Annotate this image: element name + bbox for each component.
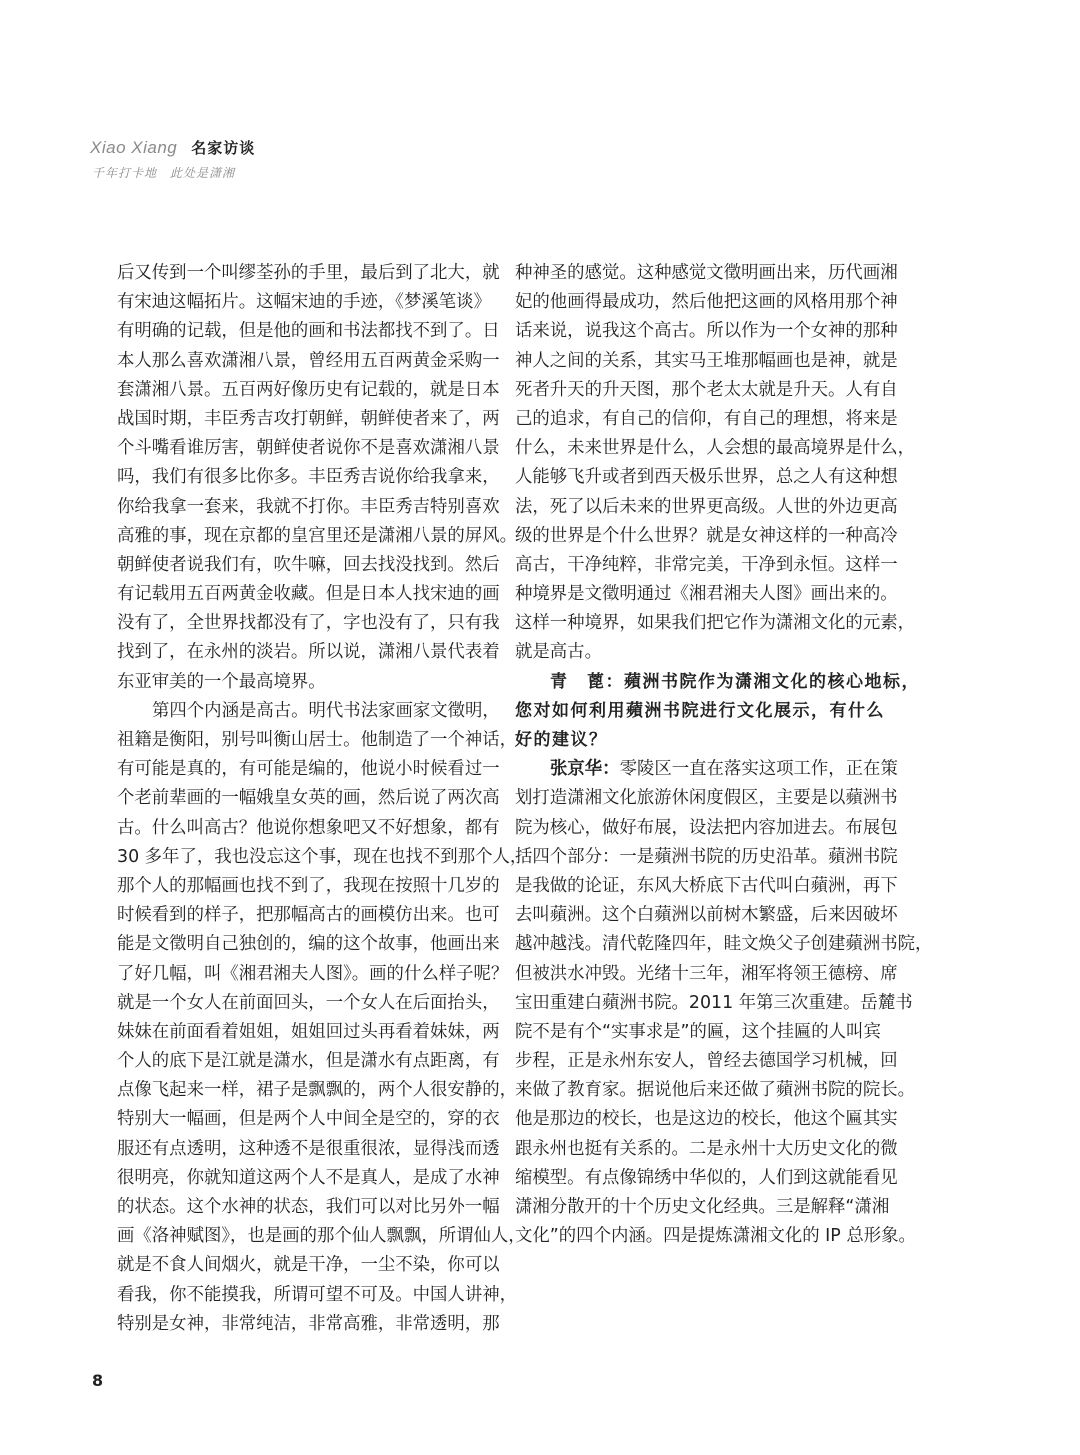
text-line: 没有了，全世界找都没有了，字也没有了，只有我 (117, 609, 493, 638)
interviewer-question: 青 蓖：蘋洲书院作为潇湘文化的核心地标， 您对如何利用蘋洲书院进行文化展示，有什… (515, 668, 915, 756)
running-header: Xiao Xiang 名家访谈 千年打卡地 此处是潇湘 (90, 137, 255, 181)
answer-line: 院为核心，做好布展，设法把内容加进去。布展包 (515, 814, 915, 843)
text-line: 就是不食人间烟火，就是干净，一尘不染，你可以 (117, 1251, 493, 1280)
interviewee-answer: 张京华：零陵区一直在落实这项工作，正在策 划打造潇湘文化旅游休闲度假区，主要是以… (515, 755, 915, 1251)
question-line: 好的建议？ (515, 726, 915, 755)
answer-text: 零陵区一直在落实这项工作，正在策 (620, 759, 898, 779)
text-line: 特别大一幅画，但是两个人中间全是空的，穿的衣 (117, 1105, 493, 1134)
text-line: 妃的他画得最成功，然后他把这画的风格用那个神 (515, 288, 915, 317)
text-line: 服还有点透明，这种透不是很重很浓，显得浅而透 (117, 1135, 493, 1164)
text-line: 后又传到一个叫缪荃孙的手里，最后到了北大，就 (117, 259, 493, 288)
text-line: 人能够飞升或者到西天极乐世界，总之人有这种想 (515, 463, 915, 492)
interviewer-name: 青 蓖： (550, 672, 624, 692)
text-line: 特别是女神，非常纯洁，非常高雅，非常透明，那 (117, 1310, 493, 1339)
text-line: 套潇湘八景。五百两好像历史有记载的，就是日本 (117, 376, 493, 405)
answer-line: 文化”的四个内涵。四是提炼潇湘文化的 IP 总形象。 (515, 1222, 915, 1251)
text-line: 有可能是真的，有可能是编的，他说小时候看过一 (117, 755, 493, 784)
answer-line: 是我做的论证，东风大桥底下古代叫白蘋洲，再下 (515, 872, 915, 901)
text-line: 点像飞起来一样，裙子是飘飘的，两个人很安静的， (117, 1076, 493, 1105)
text-line: 有记载用五百两黄金收藏。但是日本人找宋迪的画 (117, 580, 493, 609)
question-line: 青 蓖：蘋洲书院作为潇湘文化的核心地标， (515, 668, 915, 697)
text-line: 法，死了以后未来的世界更高级。人世的外边更高 (515, 493, 915, 522)
question-text: 蘋洲书院作为潇湘文化的核心地标， (624, 672, 920, 692)
text-line: 古。什么叫高古？他说你想象吧又不好想象，都有 (117, 814, 493, 843)
text-line: 东亚审美的一个最高境界。 (117, 668, 493, 697)
text-line: 妹妹在前面看着姐姐，姐姐回过头再看着妹妹，两 (117, 1018, 493, 1047)
text-line: 什么，未来世界是什么，人会想的最高境界是什么， (515, 434, 915, 463)
text-line: 祖籍是衡阳，别号叫衡山居士。他制造了一个神话， (117, 726, 493, 755)
text-line: 那个人的那幅画也找不到了，我现在按照十几岁的 (117, 872, 493, 901)
text-line: 就是高古。 (515, 638, 915, 667)
answer-line: 他是那边的校长，也是这边的校长，他这个匾其实 (515, 1105, 915, 1134)
text-line: 朝鲜使者说我们有，吹牛嘛，回去找没找到。然后 (117, 551, 493, 580)
section-title: 名家访谈 (191, 137, 255, 158)
answer-line: 越冲越浅。清代乾隆四年，眭文焕父子创建蘋洲书院， (515, 930, 915, 959)
text-line: 己的追求，有自己的信仰，有自己的理想，将来是 (515, 405, 915, 434)
text-line: 死者升天的升天图，那个老太太就是升天。人有自 (515, 376, 915, 405)
text-line: 神人之间的关系，其实马王堆那幅画也是神，就是 (515, 347, 915, 376)
answer-line: 张京华：零陵区一直在落实这项工作，正在策 (515, 755, 915, 784)
answer-line: 步程，正是永州东安人，曾经去德国学习机械，回 (515, 1047, 915, 1076)
text-line: 很明亮，你就知道这两个人不是真人，是成了水神 (117, 1164, 493, 1193)
text-line: 战国时期，丰臣秀吉攻打朝鲜，朝鲜使者来了，两 (117, 405, 493, 434)
text-line: 级的世界是个什么世界？就是女神这样的一种高冷 (515, 522, 915, 551)
text-line: 话来说，说我这个高古。所以作为一个女神的那种 (515, 317, 915, 346)
text-line: 高古，干净纯粹，非常完美，干净到永恒。这样一 (515, 551, 915, 580)
right-column: 种神圣的感觉。这种感觉文徵明画出来，历代画湘妃的他画得最成功，然后他把这画的风格… (515, 259, 915, 1251)
text-line: 看我，你不能摸我，所谓可望不可及。中国人讲神， (117, 1281, 493, 1310)
text-line: 了好几幅，叫《湘君湘夫人图》。画的什么样子呢？ (117, 960, 493, 989)
text-line: 个人的底下是江就是潇水，但是潇水有点距离，有 (117, 1047, 493, 1076)
text-line: 有明确的记载，但是他的画和书法都找不到了。日 (117, 317, 493, 346)
text-line: 个斗嘴看谁厉害，朝鲜使者说你不是喜欢潇湘八景 (117, 434, 493, 463)
text-line: 高雅的事，现在京都的皇宫里还是潇湘八景的屏风。 (117, 522, 493, 551)
answer-line: 但被洪水冲毁。光绪十三年，湘军将领王德榜、席 (515, 960, 915, 989)
text-line: 本人那么喜欢潇湘八景，曾经用五百两黄金采购一 (117, 347, 493, 376)
left-column: 后又传到一个叫缪荃孙的手里，最后到了北大，就有宋迪这幅拓片。这幅宋迪的手迹，《梦… (117, 259, 493, 1339)
interviewee-name: 张京华： (550, 759, 620, 779)
answer-line: 去叫蘋洲。这个白蘋洲以前树木繁盛，后来因破坏 (515, 901, 915, 930)
right-column-paragraph: 种神圣的感觉。这种感觉文徵明画出来，历代画湘妃的他画得最成功，然后他把这画的风格… (515, 259, 915, 668)
question-line: 您对如何利用蘋洲书院进行文化展示，有什么 (515, 697, 915, 726)
text-line: 就是一个女人在前面回头，一个女人在后面抬头， (117, 989, 493, 1018)
text-line: 种神圣的感觉。这种感觉文徵明画出来，历代画湘 (515, 259, 915, 288)
answer-line: 潇湘分散开的十个历史文化经典。三是解释“潇湘 (515, 1193, 915, 1222)
answer-line: 划打造潇湘文化旅游休闲度假区，主要是以蘋洲书 (515, 784, 915, 813)
text-line: 这样一种境界，如果我们把它作为潇湘文化的元素， (515, 609, 915, 638)
answer-line: 跟永州也挺有关系的。二是永州十大历史文化的微 (515, 1135, 915, 1164)
header-title-row: Xiao Xiang 名家访谈 (90, 137, 255, 158)
text-line: 你给我拿一套来，我就不打你。丰臣秀吉特别喜欢 (117, 493, 493, 522)
header-tagline: 千年打卡地 此处是潇湘 (92, 164, 255, 181)
text-line: 时候看到的样子，把那幅高古的画模仿出来。也可 (117, 901, 493, 930)
answer-line: 缩模型。有点像锦绣中华似的，人们到这就能看见 (515, 1164, 915, 1193)
text-line: 种境界是文徵明通过《湘君湘夫人图》画出来的。 (515, 580, 915, 609)
text-line: 第四个内涵是高古。明代书法家画家文徵明， (117, 697, 493, 726)
answer-line: 院不是有个“实事求是”的匾，这个挂匾的人叫宾 (515, 1018, 915, 1047)
text-line: 吗，我们有很多比你多。丰臣秀吉说你给我拿来， (117, 463, 493, 492)
answer-line: 来做了教育家。据说他后来还做了蘋洲书院的院长。 (515, 1076, 915, 1105)
page-number: 8 (92, 1371, 103, 1390)
answer-line: 宝田重建白蘋洲书院。2011 年第三次重建。岳麓书 (515, 989, 915, 1018)
magazine-brand: Xiao Xiang (90, 138, 177, 158)
answer-line: 括四个部分：一是蘋洲书院的历史沿革。蘋洲书院 (515, 843, 915, 872)
text-line: 找到了，在永州的淡岩。所以说，潇湘八景代表着 (117, 638, 493, 667)
text-line: 个老前辈画的一幅娥皇女英的画，然后说了两次高 (117, 784, 493, 813)
text-line: 的状态。这个水神的状态，我们可以对比另外一幅 (117, 1193, 493, 1222)
text-line: 画《洛神赋图》，也是画的那个仙人飘飘，所谓仙人， (117, 1222, 493, 1251)
text-line: 有宋迪这幅拓片。这幅宋迪的手迹，《梦溪笔谈》 (117, 288, 493, 317)
text-line: 30 多年了，我也没忘这个事，现在也找不到那个人， (117, 843, 493, 872)
text-line: 能是文徵明自己独创的，编的这个故事，他画出来 (117, 930, 493, 959)
